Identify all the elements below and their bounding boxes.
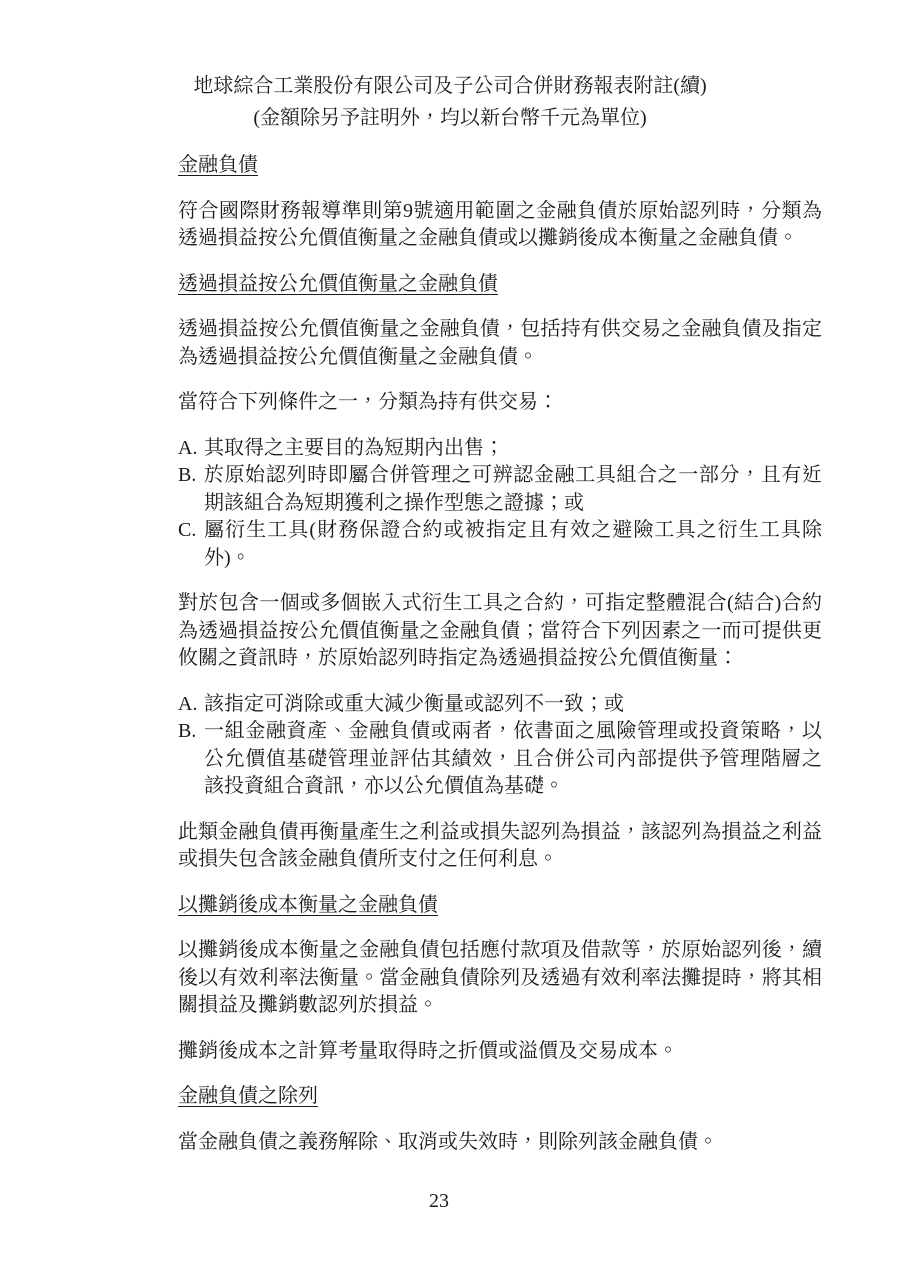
list-item-text: 於原始認列時即屬合併管理之可辨認金融工具組合之一部分，且有近期該組合為短期獲利之… (204, 462, 822, 517)
heading-fvtpl: 透過損益按公允價值衡量之金融負債 (178, 271, 822, 299)
para-classification: 符合國際財務報導準則第9號適用範圍之金融負債於原始認列時，分類為透過損益按公允價… (178, 198, 822, 253)
trading-condition-c: C. 屬衍生工具(財務保證合約或被指定且有效之避險工具之衍生工具除外)。 (178, 517, 822, 572)
list-marker: C. (178, 517, 204, 572)
document-body: 金融負債 符合國際財務報導準則第9號適用範圍之金融負債於原始認列時，分類為透過損… (178, 152, 822, 1156)
list-marker: A. (178, 435, 204, 463)
list-item-text: 屬衍生工具(財務保證合約或被指定且有效之避險工具之衍生工具除外)。 (204, 517, 822, 572)
designation-conditions-list: A. 該指定可消除或重大減少衡量或認列不一致；或 B. 一組金融資產、金融負債或… (178, 691, 822, 801)
list-item-text: 一組金融資產、金融負債或兩者，依書面之風險管理或投資策略，以公允價值基礎管理並評… (204, 718, 822, 801)
heading-financial-liabilities: 金融負債 (178, 152, 822, 180)
para-embedded-derivatives: 對於包含一個或多個嵌入式衍生工具之合約，可指定整體混合(結合)合約為透過損益按公… (178, 590, 822, 673)
heading-amortized-cost: 以攤銷後成本衡量之金融負債 (178, 892, 822, 920)
trading-condition-a: A. 其取得之主要目的為短期內出售； (178, 435, 822, 463)
document-page: 地球綜合工業股份有限公司及子公司合併財務報表附註(續) (金額除另予註明外，均以… (0, 0, 900, 1273)
para-amortized-calc: 攤銷後成本之計算考量取得時之折價或溢價及交易成本。 (178, 1038, 822, 1066)
heading-derecognition: 金融負債之除列 (178, 1083, 822, 1111)
doc-subtitle: (金額除另予註明外，均以新台幣千元為單位) (0, 102, 900, 134)
page-footer: 23 (0, 1190, 900, 1213)
list-marker: B. (178, 462, 204, 517)
trading-condition-b: B. 於原始認列時即屬合併管理之可辨認金融工具組合之一部分，且有近期該組合為短期… (178, 462, 822, 517)
list-item-text: 其取得之主要目的為短期內出售； (204, 435, 822, 463)
designation-condition-b: B. 一組金融資產、金融負債或兩者，依書面之風險管理或投資策略，以公允價值基礎管… (178, 718, 822, 801)
document-header: 地球綜合工業股份有限公司及子公司合併財務報表附註(續) (金額除另予註明外，均以… (0, 70, 900, 134)
doc-title: 地球綜合工業股份有限公司及子公司合併財務報表附註(續) (0, 70, 900, 102)
para-fvtpl: 透過損益按公允價值衡量之金融負債，包括持有供交易之金融負債及指定為透過損益按公允… (178, 316, 822, 371)
designation-condition-a: A. 該指定可消除或重大減少衡量或認列不一致；或 (178, 691, 822, 719)
list-item-text: 該指定可消除或重大減少衡量或認列不一致；或 (204, 691, 822, 719)
list-marker: B. (178, 718, 204, 801)
page-number: 23 (429, 1190, 449, 1212)
trading-conditions-list: A. 其取得之主要目的為短期內出售； B. 於原始認列時即屬合併管理之可辨認金融… (178, 435, 822, 573)
para-derecognition: 當金融負債之義務解除、取消或失效時，則除列該金融負債。 (178, 1129, 822, 1157)
para-trading-intro: 當符合下列條件之一，分類為持有供交易： (178, 389, 822, 417)
list-marker: A. (178, 691, 204, 719)
para-remeasurement: 此類金融負債再衡量產生之利益或損失認列為損益，該認列為損益之利益或損失包含該金融… (178, 819, 822, 874)
para-amortized-cost: 以攤銷後成本衡量之金融負債包括應付款項及借款等，於原始認列後，續後以有效利率法衡… (178, 937, 822, 1020)
